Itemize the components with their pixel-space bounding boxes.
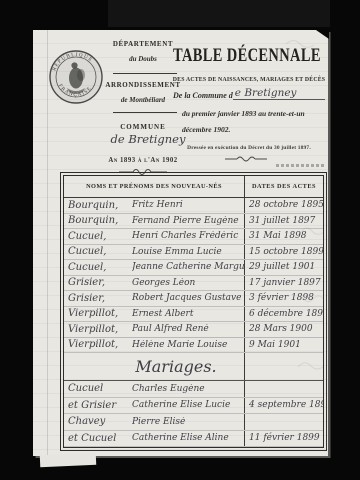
birth-act-date: 6 décembre 1898 (249, 309, 324, 319)
birth-surname: Cucuel, (68, 231, 132, 242)
table-row: Vierpillot,Paul Alfred René 28 Mars 1900 (64, 322, 323, 338)
period-line-1: du premier janvier 1893 au trente-et-un (182, 109, 305, 118)
birth-surname: Cucuel, (68, 246, 132, 257)
birth-given-names: Henri Charles Frédéric (132, 231, 244, 241)
birth-act-date: 15 octobre 1899 (249, 247, 324, 257)
marriage-act-date: 4 septembre 1897 (249, 400, 324, 410)
table-row: ChaveyPierre Élisé (64, 414, 323, 431)
table-row: Bourquin,Fritz Henri 28 octobre 1895 (64, 198, 323, 214)
birth-surname: Vierpillot, (68, 324, 132, 335)
birth-given-names: Hélène Marie Louise (132, 340, 244, 350)
decree-line: Dressée en exécution du Décret du 30 jui… (171, 145, 327, 151)
birth-act-date: 31 Mai 1898 (249, 231, 307, 241)
divider-rule (113, 73, 177, 74)
birth-surname: Vierpillot, (68, 339, 132, 350)
page-bottom-edge-tab (40, 453, 96, 467)
table-row: et GrisierCatherine Élise Lucie 4 septem… (64, 398, 323, 415)
birth-act-date: 28 octobre 1895 (249, 200, 324, 210)
printer-imprint-mark (276, 164, 324, 167)
marriage-surname: Chavey (68, 416, 132, 427)
birth-given-names: Fritz Henri (132, 200, 244, 210)
table-row: Bourquin,Fernand Pierre Eugène 31 juille… (64, 214, 323, 230)
marriage-given-names: Catherine Élise Lucie (132, 400, 244, 410)
registry-table: NOMS ET PRÉNOMS DES NOUVEAU-NÉS DATES DE… (60, 172, 327, 451)
marriage-surname: et Grisier (68, 400, 132, 411)
table-row: Cucuel,Jeanne Catherine Marguerite 29 ju… (64, 260, 323, 276)
table-row: Cucuel,Louise Emma Lucie 15 octobre 1899 (64, 245, 323, 261)
commune-line-printed: De la Commune d (173, 91, 233, 100)
birth-act-date: 28 Mars 1900 (249, 324, 313, 334)
commune-label: COMMUNE (91, 123, 195, 131)
commune-line: De la Commune d e Bretigney (173, 87, 325, 100)
table-row: Vierpillot,Hélène Marie Louise 9 Mai 190… (64, 338, 323, 354)
period-line-2: décembre 1902. (182, 125, 230, 134)
birth-given-names: Robert Jacques Gustave (132, 293, 244, 303)
document-page: RÉPUBLIQUE FRANÇAISE DÉPARTEMENT du Doub… (33, 30, 328, 456)
marriage-given-names: Charles Eugène (132, 384, 244, 394)
birth-surname: Bourquin, (68, 200, 132, 211)
birth-act-date: 17 janvier 1897 (249, 278, 321, 288)
birth-act-date: 3 février 1898 (249, 293, 314, 303)
flourish-mark (223, 155, 269, 163)
birth-given-names: Fernand Pierre Eugène (132, 216, 244, 226)
commune-line-handwritten: e Bretigney (233, 87, 325, 100)
table-row: Grisier,Georges Léon 17 janvier 1897 (64, 276, 323, 292)
marriages-heading-date-cell (244, 353, 323, 380)
marriage-given-names: Catherine Élise Aline (132, 433, 244, 443)
birth-given-names: Louise Emma Lucie (132, 247, 244, 257)
table-header-row: NOMS ET PRÉNOMS DES NOUVEAU-NÉS DATES DE… (64, 176, 323, 198)
birth-act-date: 9 Mai 1901 (249, 340, 301, 350)
column-header-dates: DATES DES ACTES (244, 176, 323, 197)
column-header-names: NOMS ET PRÉNOMS DES NOUVEAU-NÉS (64, 176, 244, 197)
table-row: et CucuelCatherine Élise Aline 11 févrie… (64, 431, 323, 448)
registry-table-inner: NOMS ET PRÉNOMS DES NOUVEAU-NÉS DATES DE… (63, 175, 324, 448)
birth-act-date: 31 juillet 1897 (249, 216, 315, 226)
birth-surname: Cucuel, (68, 262, 132, 273)
marriages-section-heading-row: Mariages. (64, 353, 323, 381)
table-row: Vierpillot,Ernest Albert 6 décembre 1898 (64, 307, 323, 323)
marriage-act-date: 11 février 1899 (249, 433, 320, 443)
page-subtitle: DES ACTES DE NAISSANCES, MARIAGES ET DÉC… (171, 77, 327, 83)
birth-surname: Grisier, (68, 293, 132, 304)
birth-given-names: Paul Alfred René (132, 324, 244, 334)
table-row: Cucuel,Henri Charles Frédéric 31 Mai 189… (64, 229, 323, 245)
birth-surname: Bourquin, (68, 215, 132, 226)
divider-rule (113, 112, 177, 113)
birth-given-names: Jeanne Catherine Marguerite (132, 262, 244, 272)
scan-binding-strip (108, 0, 330, 27)
table-row: Grisier,Robert Jacques Gustave 3 février… (64, 291, 323, 307)
birth-given-names: Georges Léon (132, 278, 244, 288)
marriage-given-names: Pierre Élisé (132, 417, 244, 427)
table-row: CucuelCharles Eugène (64, 381, 323, 398)
marriages-section-heading: Mariages. (135, 357, 216, 376)
birth-surname: Grisier, (68, 277, 132, 288)
marriage-surname: Cucuel (68, 383, 132, 394)
marriage-surname: et Cucuel (68, 433, 132, 444)
years-range: An 1893 à l'An 1902 (85, 157, 201, 164)
birth-act-date: 29 juillet 1901 (249, 262, 315, 272)
bleedthrough-mark (285, 38, 315, 50)
scan-background: RÉPUBLIQUE FRANÇAISE DÉPARTEMENT du Doub… (0, 0, 360, 480)
birth-given-names: Ernest Albert (132, 309, 244, 319)
birth-surname: Vierpillot, (68, 308, 132, 319)
commune-handwritten-value: de Bretigney (83, 132, 213, 146)
